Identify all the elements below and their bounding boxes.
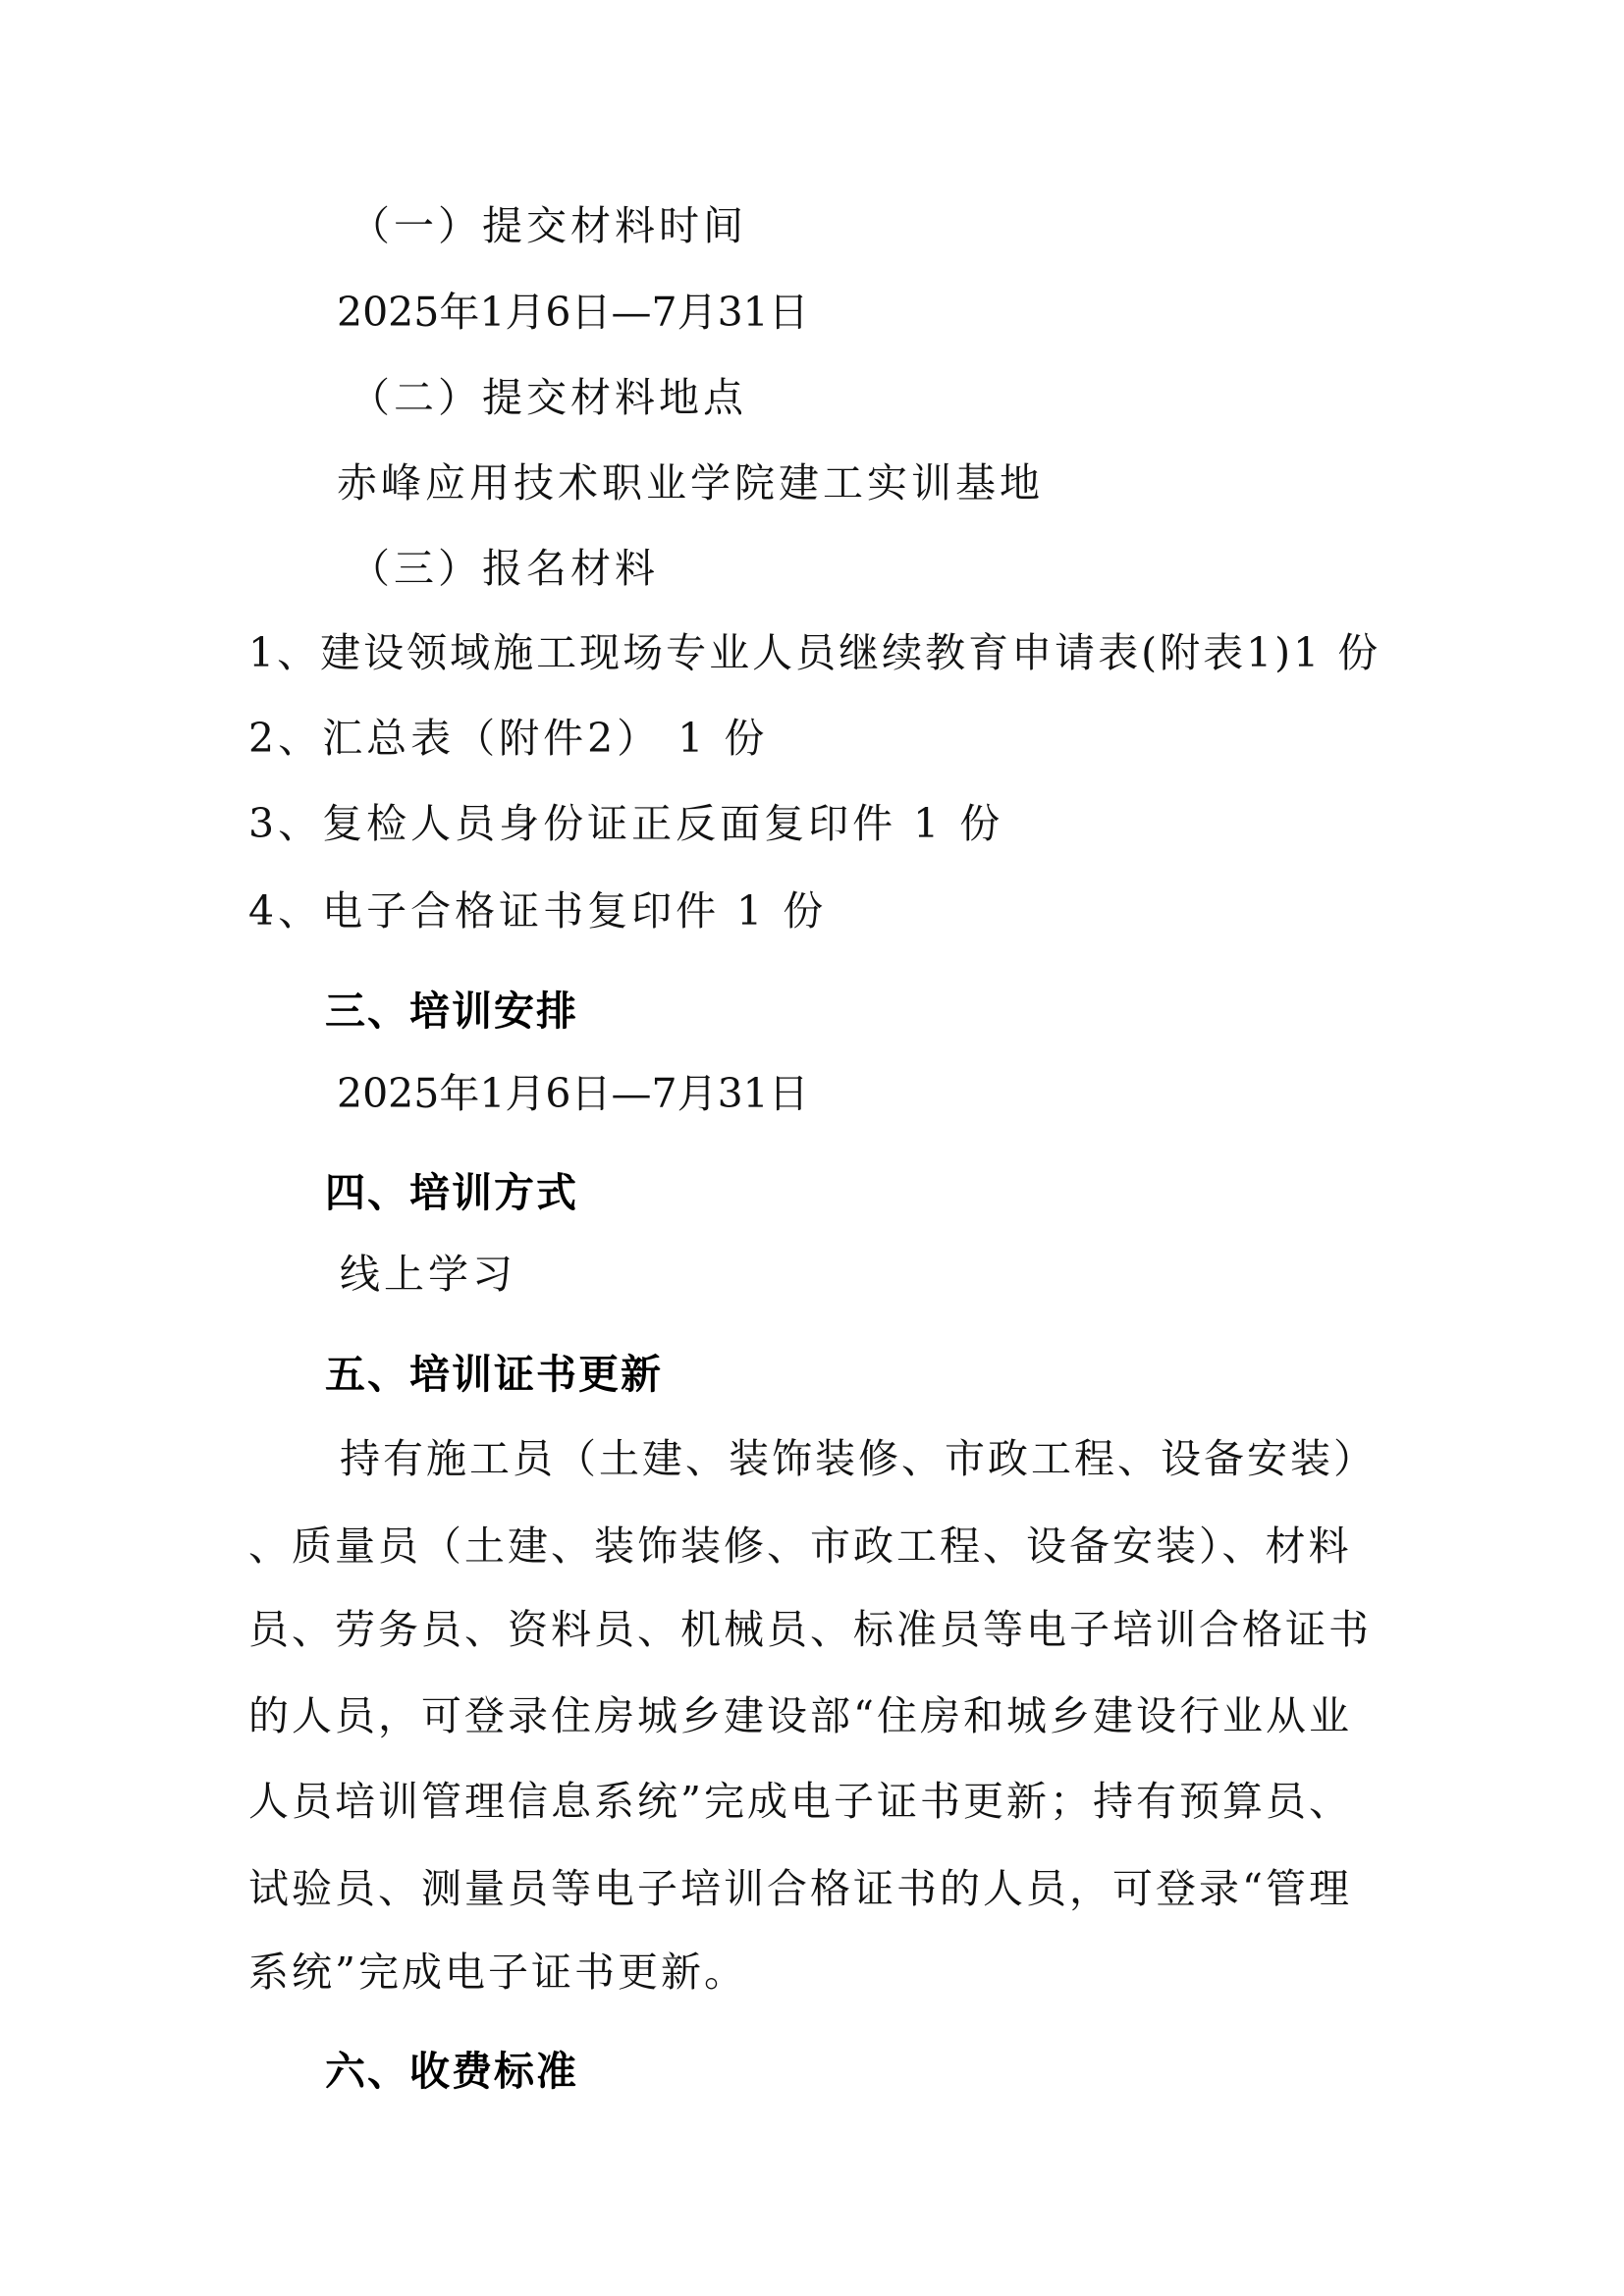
section-heading-training-method: 四、培训方式 [325,1173,578,1213]
section-heading-training-schedule: 三、培训安排 [325,991,578,1032]
subsection-heading-registration-materials: （三）报名材料 [350,549,659,589]
certificate-renewal-paragraph-line: 系统”完成电子证书更新。 [248,1952,1389,1993]
section-heading-certificate-renewal: 五、培训证书更新 [325,1355,663,1395]
section-heading-fee-standard: 六、收费标准 [325,2052,578,2092]
certificate-renewal-paragraph-line: 员、劳务员、资料员、机械员、标准员等电子培训合格证书 [248,1610,1389,1650]
submission-time-value: 2025年1月6日—7月31日 [337,293,809,333]
certificate-renewal-paragraph-line: 的人员，可登录住房城乡建设部“住房和城乡建设行业从业 [248,1696,1389,1736]
materials-list-item: 2、汇总表（附件2） 1 份 [248,719,768,759]
subsection-heading-submission-location: （二）提交材料地点 [350,378,747,418]
materials-list-item: 1、建设领域施工现场专业人员继续教育申请表(附表1)1 份 [248,633,1380,673]
submission-location-value: 赤峰应用技术职业学院建工实训基地 [337,463,1044,504]
certificate-renewal-paragraph-line: 、质量员（土建、装饰装修、市政工程、设备安装）、材料 [248,1526,1389,1567]
certificate-renewal-paragraph-line: 人员培训管理信息系统”完成电子证书更新；持有预算员、 [248,1782,1389,1822]
subsection-heading-submission-time: （一）提交材料时间 [350,206,747,246]
certificate-renewal-paragraph-line: 持有施工员（土建、装饰装修、市政工程、设备安装） [340,1439,1481,1479]
training-schedule-value: 2025年1月6日—7月31日 [337,1074,809,1114]
materials-list-item: 3、复检人员身份证正反面复印件 1 份 [248,804,1003,844]
certificate-renewal-paragraph-line: 试验员、测量员等电子培训合格证书的人员，可登录“管理 [248,1869,1389,1909]
training-method-value: 线上学习 [340,1255,516,1295]
materials-list-item: 4、电子合格证书复印件 1 份 [248,891,827,932]
